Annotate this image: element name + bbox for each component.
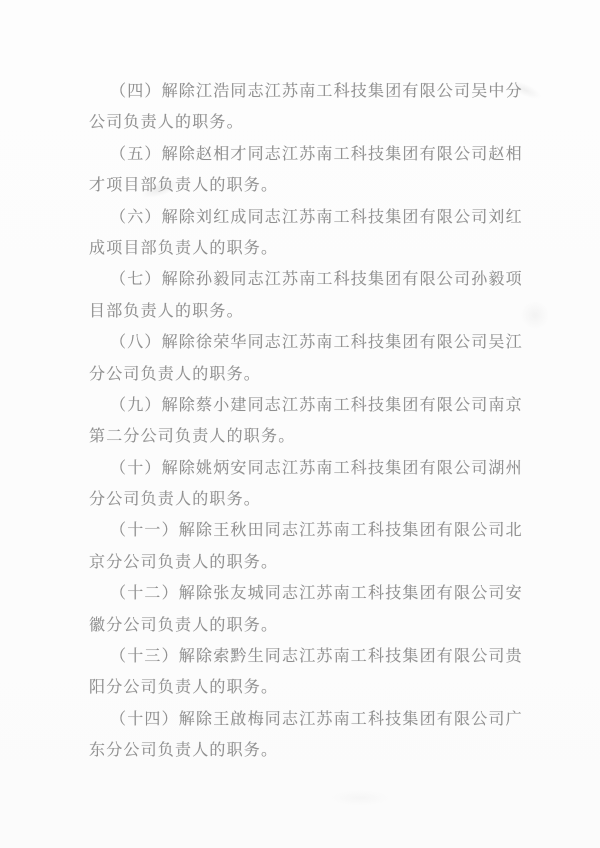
- paragraph-line: 京分公司负责人的职务。: [89, 547, 521, 578]
- paragraph-line: （十一）解除王秋田同志江苏南工科技集团有限公司北: [89, 515, 521, 546]
- paragraph-line: 公司负责人的职务。: [89, 107, 521, 138]
- paragraph-line: （十二）解除张友城同志江苏南工科技集团有限公司安: [89, 578, 521, 609]
- scan-artifact: [330, 790, 390, 806]
- paragraph-line: 阳分公司负责人的职务。: [89, 672, 521, 703]
- scanned-document-page: （四）解除江浩同志江苏南工科技集团有限公司吴中分 公司负责人的职务。 （五）解除…: [0, 0, 600, 848]
- scan-artifact: [520, 300, 550, 330]
- paragraph-line: 成项目部负责人的职务。: [89, 233, 521, 264]
- paragraph-item-12: （十二）解除张友城同志江苏南工科技集团有限公司安 徽分公司负责人的职务。: [89, 578, 521, 641]
- paragraph-line: 分公司负责人的职务。: [89, 484, 521, 515]
- paragraph-line: （十三）解除索黔生同志江苏南工科技集团有限公司贵: [89, 641, 521, 672]
- document-body-text: （四）解除江浩同志江苏南工科技集团有限公司吴中分 公司负责人的职务。 （五）解除…: [89, 76, 521, 767]
- paragraph-item-11: （十一）解除王秋田同志江苏南工科技集团有限公司北 京分公司负责人的职务。: [89, 515, 521, 578]
- paragraph-line: 才项目部负责人的职务。: [89, 170, 521, 201]
- paragraph-line: （十）解除姚炳安同志江苏南工科技集团有限公司湖州: [89, 453, 521, 484]
- paragraph-item-6: （六）解除刘红成同志江苏南工科技集团有限公司刘红 成项目部负责人的职务。: [89, 202, 521, 265]
- paragraph-line: （九）解除蔡小建同志江苏南工科技集团有限公司南京: [89, 390, 521, 421]
- paragraph-line: （六）解除刘红成同志江苏南工科技集团有限公司刘红: [89, 202, 521, 233]
- paragraph-item-5: （五）解除赵相才同志江苏南工科技集团有限公司赵相 才项目部负责人的职务。: [89, 139, 521, 202]
- paragraph-line: 分公司负责人的职务。: [89, 359, 521, 390]
- paragraph-line: 第二分公司负责人的职务。: [89, 421, 521, 452]
- paragraph-line: （四）解除江浩同志江苏南工科技集团有限公司吴中分: [89, 76, 521, 107]
- paragraph-item-13: （十三）解除索黔生同志江苏南工科技集团有限公司贵 阳分公司负责人的职务。: [89, 641, 521, 704]
- paragraph-line: 徽分公司负责人的职务。: [89, 610, 521, 641]
- paragraph-line: （五）解除赵相才同志江苏南工科技集团有限公司赵相: [89, 139, 521, 170]
- paragraph-item-8: （八）解除徐荣华同志江苏南工科技集团有限公司吴江 分公司负责人的职务。: [89, 327, 521, 390]
- paragraph-item-14: （十四）解除王啟梅同志江苏南工科技集团有限公司广 东分公司负责人的职务。: [89, 704, 521, 767]
- paragraph-line: 目部负责人的职务。: [89, 296, 521, 327]
- paragraph-line: （十四）解除王啟梅同志江苏南工科技集团有限公司广: [89, 704, 521, 735]
- paragraph-item-4: （四）解除江浩同志江苏南工科技集团有限公司吴中分 公司负责人的职务。: [89, 76, 521, 139]
- paragraph-line: （七）解除孙毅同志江苏南工科技集团有限公司孙毅项: [89, 264, 521, 295]
- paragraph-item-7: （七）解除孙毅同志江苏南工科技集团有限公司孙毅项 目部负责人的职务。: [89, 264, 521, 327]
- paragraph-line: （八）解除徐荣华同志江苏南工科技集团有限公司吴江: [89, 327, 521, 358]
- paragraph-item-9: （九）解除蔡小建同志江苏南工科技集团有限公司南京 第二分公司负责人的职务。: [89, 390, 521, 453]
- paragraph-item-10: （十）解除姚炳安同志江苏南工科技集团有限公司湖州 分公司负责人的职务。: [89, 453, 521, 516]
- paragraph-line: 东分公司负责人的职务。: [89, 735, 521, 766]
